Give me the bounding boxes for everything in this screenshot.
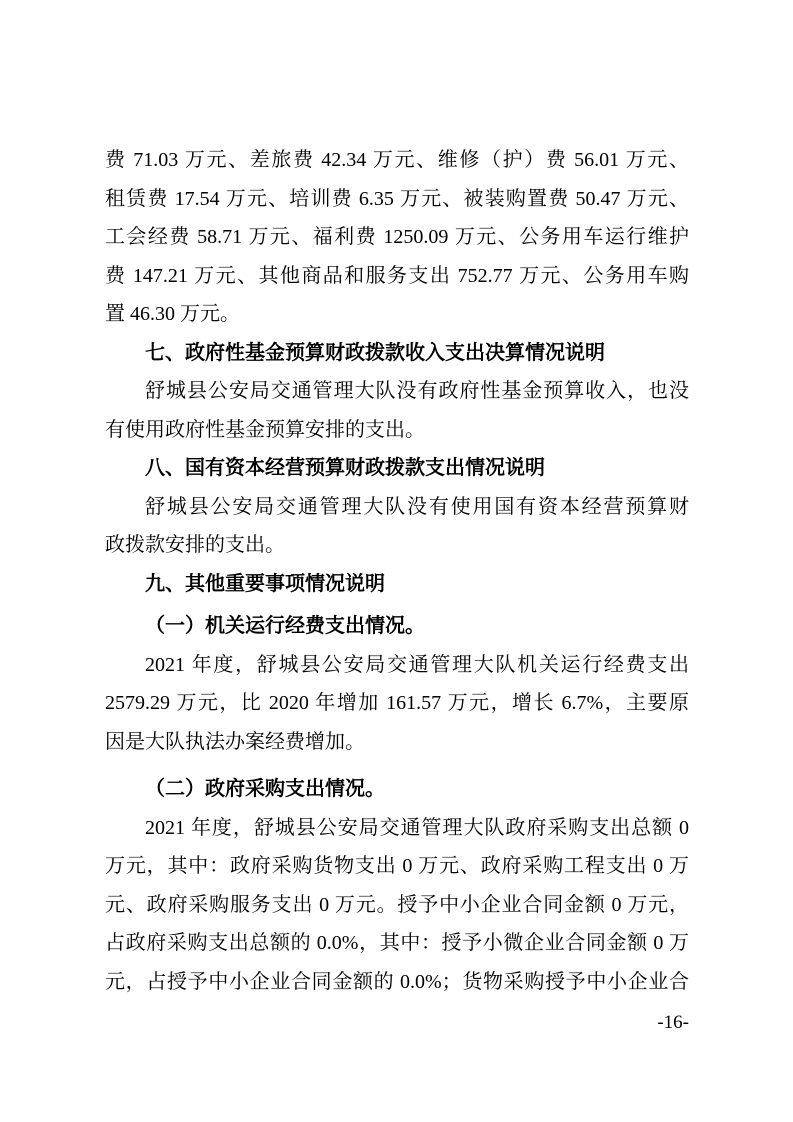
body-line: 占政府采购支出总额的 0.0%，其中：授予小微企业合同金额 0 万: [105, 924, 689, 963]
body-line: 元、政府采购服务支出 0 万元。授予中小企业合同金额 0 万元，: [105, 886, 689, 925]
body-line: 租赁费 17.54 万元、培训费 6.35 万元、被装购置费 50.47 万元、: [105, 180, 689, 219]
body-line: 费 147.21 万元、其他商品和服务支出 752.77 万元、公务用车购: [105, 257, 689, 296]
body-line: 政拨款安排的支出。: [105, 526, 689, 565]
body-line: 费 71.03 万元、差旅费 42.34 万元、维修（护）费 56.01 万元、: [105, 141, 689, 180]
body-line: 工会经费 58.71 万元、福利费 1250.09 万元、公务用车运行维护: [105, 218, 689, 257]
body-line: 置 46.30 万元。: [105, 295, 689, 334]
body-line: 舒城县公安局交通管理大队没有使用国有资本经营预算财: [105, 488, 689, 527]
section-heading-7: 七、政府性基金预算财政拨款收入支出决算情况说明: [105, 334, 689, 373]
section-heading-8: 八、国有资本经营预算财政拨款支出情况说明: [105, 449, 689, 488]
subsection-heading-2: （二）政府采购支出情况。: [105, 770, 689, 809]
body-line: 有使用政府性基金预算安排的支出。: [105, 411, 689, 450]
document-page: 费 71.03 万元、差旅费 42.34 万元、维修（护）费 56.01 万元、…: [0, 0, 793, 1122]
body-line: 因是大队执法办案经费增加。: [105, 723, 689, 762]
body-line: 2021 年度，舒城县公安局交通管理大队机关运行经费支出: [105, 646, 689, 685]
body-line: 2021 年度，舒城县公安局交通管理大队政府采购支出总额 0: [105, 809, 689, 848]
body-line: 万元，其中：政府采购货物支出 0 万元、政府采购工程支出 0 万: [105, 847, 689, 886]
section-heading-9: 九、其他重要事项情况说明: [105, 565, 689, 604]
body-line: 2579.29 万元，比 2020 年增加 161.57 万元，增长 6.7%，…: [105, 684, 689, 723]
body-line: 舒城县公安局交通管理大队没有政府性基金预算收入，也没: [105, 372, 689, 411]
subsection-heading-1: （一）机关运行经费支出情况。: [105, 607, 689, 646]
body-line: 元，占授予中小企业合同金额的 0.0%；货物采购授予中小企业合: [105, 963, 689, 1002]
page-number: -16-: [105, 1004, 689, 1043]
